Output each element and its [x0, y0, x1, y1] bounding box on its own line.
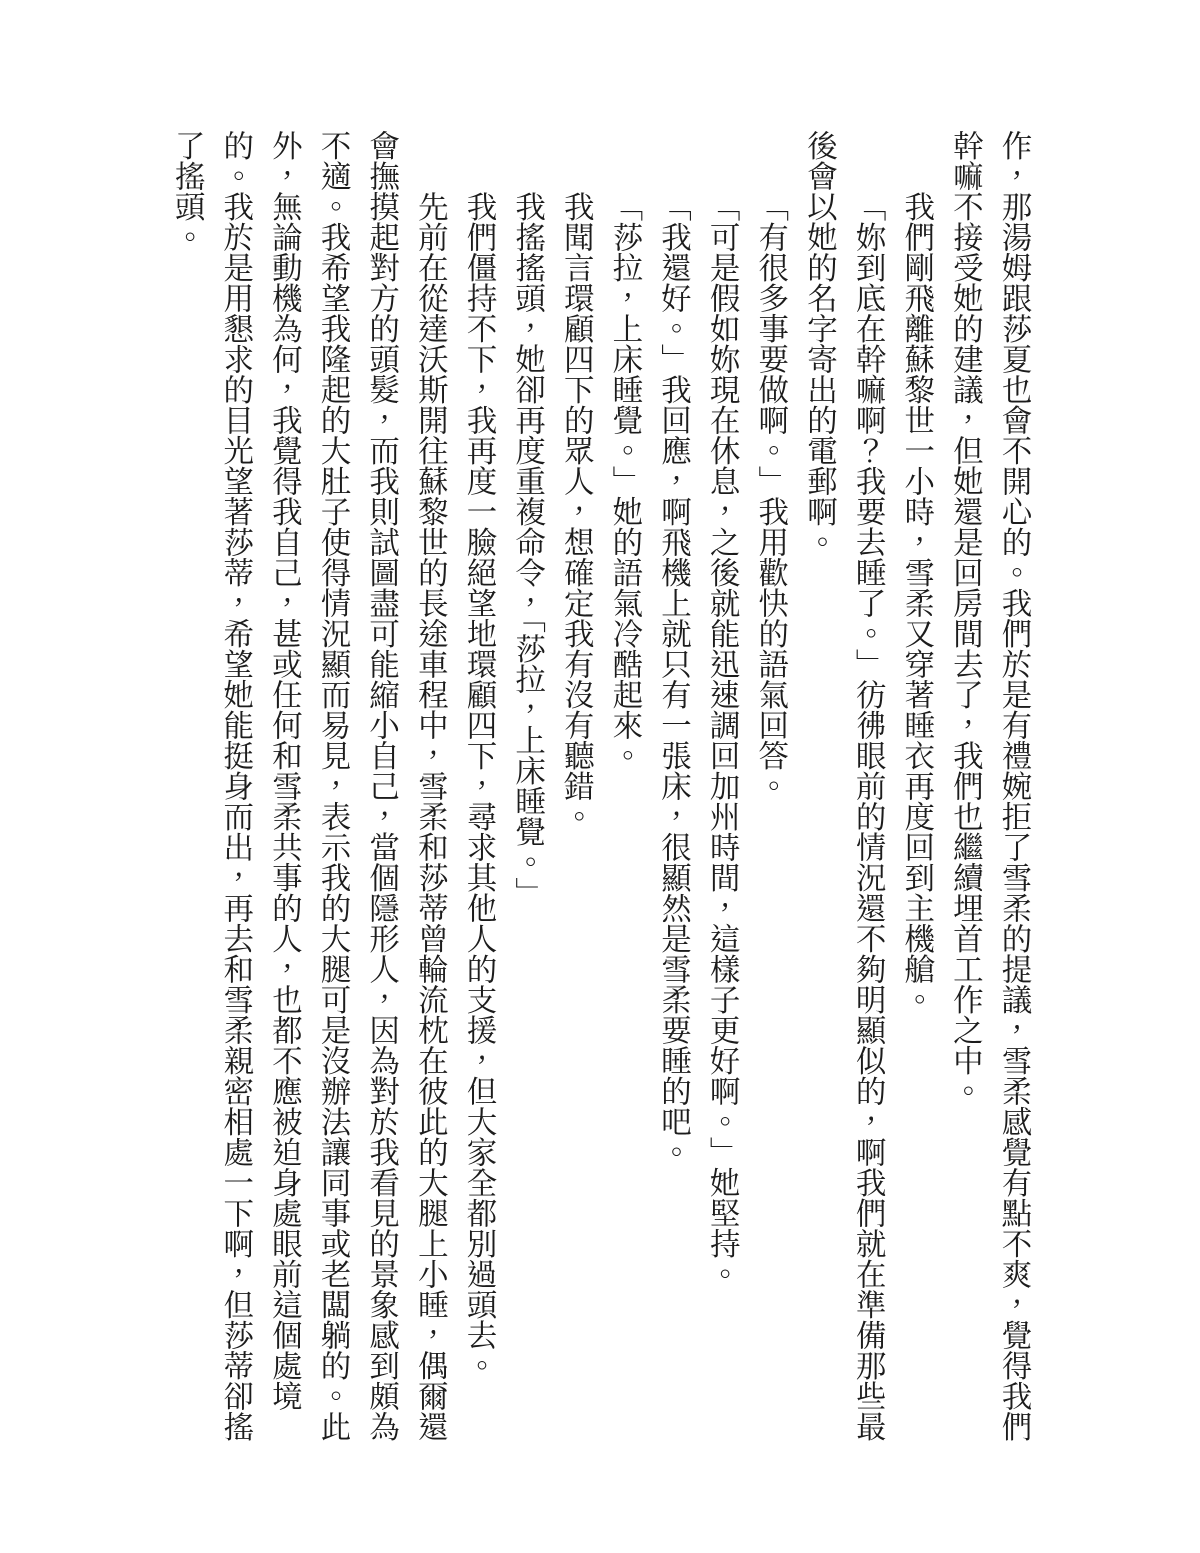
book-page: 作，那湯姆跟莎夏也會不開心的。我們於是有禮婉拒了雪柔的提議，雪柔感覺有點不爽，覺…	[0, 0, 1200, 1553]
paragraph: 「莎拉，上床睡覺。」她的語氣冷酷起來。	[600, 130, 649, 1445]
paragraph: 作，那湯姆跟莎夏也會不開心的。我們於是有禮婉拒了雪柔的提議，雪柔感覺有點不爽，覺…	[941, 130, 1038, 1445]
paragraph: 「可是假如妳現在休息，之後就能迅速調回加州時間，這樣子更好啊。」她堅持。	[698, 130, 747, 1445]
paragraph: 「有很多事要做啊。」我用歡快的語氣回答。	[746, 130, 795, 1445]
paragraph: 我們剛飛離蘇黎世一小時，雪柔又穿著睡衣再度回到主機艙。	[892, 130, 941, 1445]
paragraph: 「妳到底在幹嘛啊？我要去睡了。」彷彿眼前的情況還不夠明顯似的，啊我們就在準備那些…	[795, 130, 892, 1445]
paragraph: 我們僵持不下，我再度一臉絕望地環顧四下，尋求其他人的支援，但大家全都別過頭去。	[454, 130, 503, 1445]
paragraph: 我搖搖頭，她卻再度重複命令，「莎拉，上床睡覺。」	[503, 130, 552, 1445]
paragraph: 「我還好。」我回應，啊飛機上就只有一張床，很顯然是雪柔要睡的吧。	[649, 130, 698, 1445]
paragraph: 先前在從達沃斯開往蘇黎世的長途車程中，雪柔和莎蒂曾輪流枕在彼此的大腿上小睡，偶爾…	[162, 130, 454, 1445]
vertical-text-block: 作，那湯姆跟莎夏也會不開心的。我們於是有禮婉拒了雪柔的提議，雪柔感覺有點不爽，覺…	[162, 130, 1038, 1445]
paragraph: 我聞言環顧四下的眾人，想確定我有沒有聽錯。	[552, 130, 601, 1445]
